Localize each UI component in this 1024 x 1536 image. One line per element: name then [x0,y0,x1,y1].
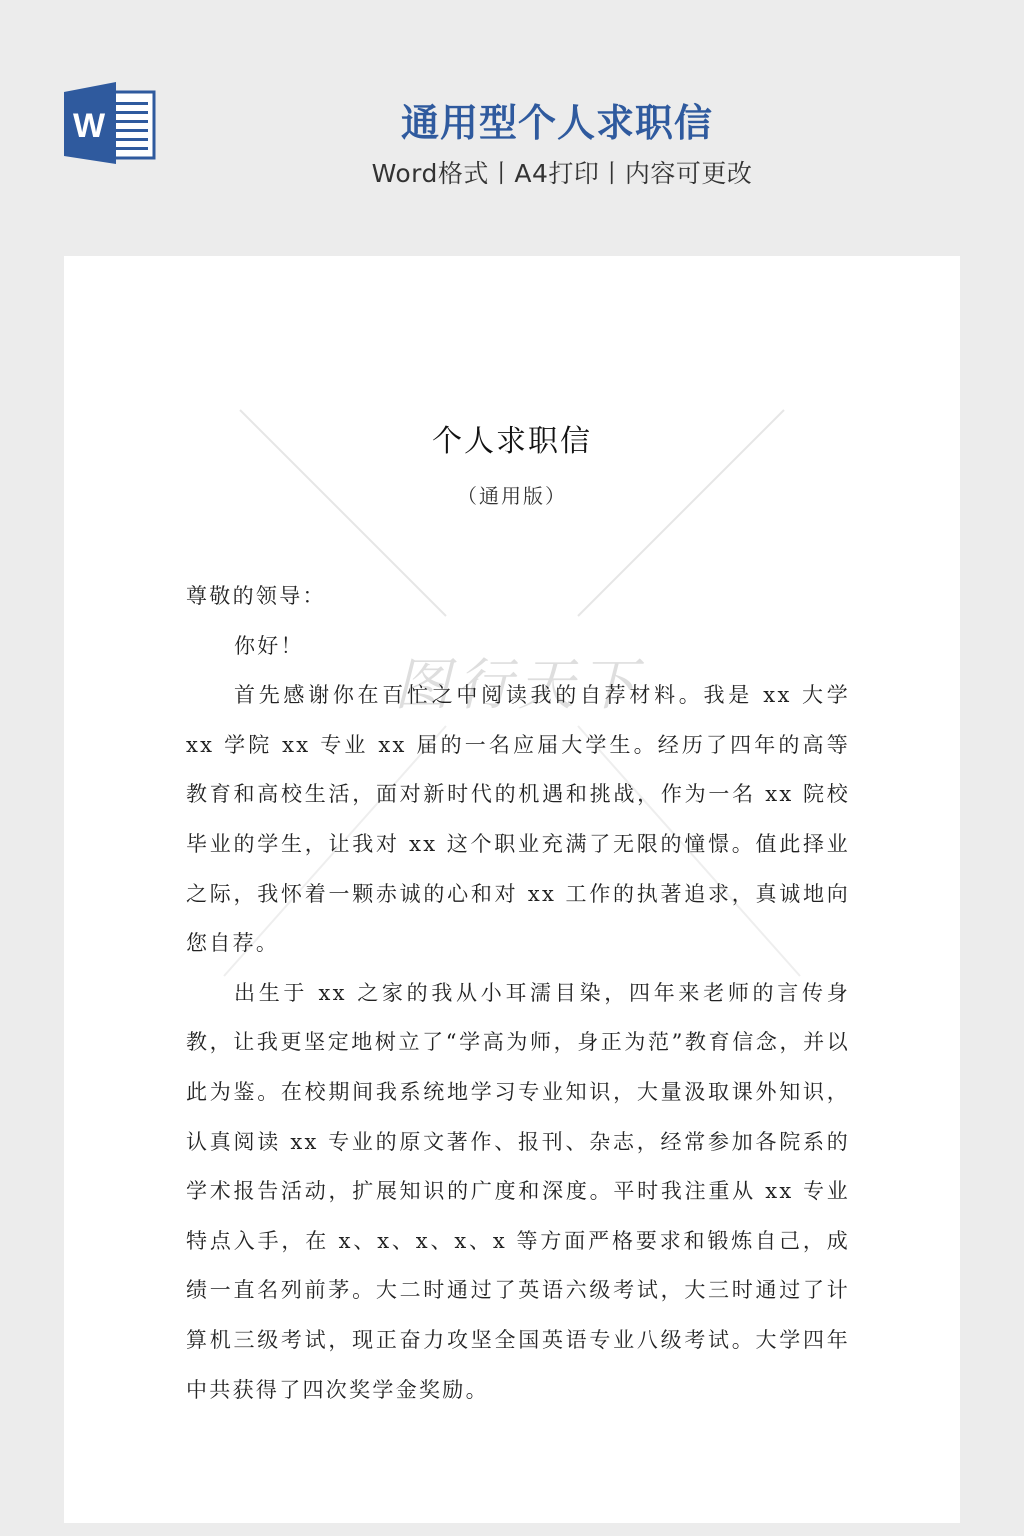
document-title: 个人求职信 [64,416,960,460]
greeting: 你好！ [186,622,850,672]
document-subtitle: （通用版） [64,480,960,509]
salutation: 尊敬的领导： [186,572,850,622]
document-body: 尊敬的领导： 你好！ 首先感谢你在百忙之中阅读我的自荐材料。我是 xx 大学 x… [186,572,850,1415]
paragraph: 首先感谢你在百忙之中阅读我的自荐材料。我是 xx 大学 xx 学院 xx 专业 … [186,671,850,969]
paragraph: 出生于 xx 之家的我从小耳濡目染，四年来老师的言传身教，让我更坚定地树立了“学… [186,969,850,1415]
header-subtitle: Word格式丨A4打印丨内容可更改 [0,154,1024,190]
document-page: 图行天下 个人求职信 （通用版） 尊敬的领导： 你好！ 首先感谢你在百忙之中阅读… [64,256,960,1523]
header-title: 通用型个人求职信 [0,92,1024,147]
